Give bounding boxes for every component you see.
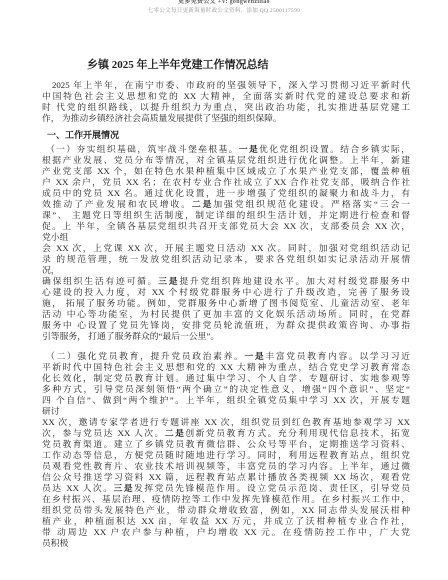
text-run: 研讨 [42, 406, 60, 416]
text-run: 四 个自信”、做到“两个维护”。上半年，组织全镇党员集中学习 XX 次，开展专题 [42, 395, 410, 405]
text-line: 2025 年上半年，在南宁市委、市政府的坚强领导下，深入学习贯彻习近平新时代 [42, 80, 410, 91]
bold-run: 一是 [239, 144, 259, 154]
text-run: 2025 年上半年，在南宁市委、市政府的坚强领导下，深入学习贯彻习近平新时代 [52, 80, 410, 90]
bold-run: 一是 [244, 351, 265, 361]
text-line: 植产业，种植面积达 XX 亩，年收益 XX 万元，并成立了沃柑种植专业合作社， [42, 516, 410, 527]
text-line: 成员中的党员 XX 名。通过优化设置，进一步增强了党组织的凝聚力和战斗力，有 [42, 188, 410, 199]
text-run: 课”、 主题党日等组织生活制度，制定详细的组织生活计划，并定期进行检查和督 [42, 210, 410, 220]
text-run: 加强党组织规范化建设。严格落实“三会一 [213, 199, 410, 209]
text-run: 党小组 [42, 232, 68, 242]
text-line: 在乡村振兴、基层治理、疫情防控等工作中发挥先锋模范作用。在乡村振兴工作中， [42, 494, 410, 505]
paragraph: （二）强化党员教育，提升党员政治素养。一是丰富党员教育内容。以学习习近平新时代中… [42, 351, 410, 549]
text-line: 心建设的投入力度，对 XX 个村级党群服务中心进行了升级改造，完善了服务设 [42, 287, 410, 298]
text-line: 工作动态等信息，方便党员随时随地进行学习。同时，利用远程教育站点，组织党 [42, 450, 410, 461]
text-run: 时 代党的组织路线，以提升组织力为重点，突出政治功能，扎实推进基层党建工 [42, 102, 410, 112]
bold-run: 二是 [165, 428, 186, 438]
text-run: 丰富党员教育内容。以学习习近 [265, 351, 410, 361]
text-line: 施， 拓展了服务功能。例如，党群服务中心新增了图书阅览室、儿童活动室、老年 [42, 298, 410, 309]
text-run: XX 次，邀请专家学者进行专题讲座 XX 次，组织党员到红色教育基地参观学习 X… [42, 417, 410, 427]
text-run: 工作动态等信息，方便党员随时随地进行学习。同时，利用远程教育站点，组织党 [42, 450, 410, 460]
section-heading: 一、工作开展情况 [42, 129, 410, 141]
watermark: 更多免费公文 +V: gongwenziliao 七零公文每日更新海量时政公文资… [0, 0, 448, 16]
text-line: 服务中 心设置了党员先锋岗，安排党员轮流值班，为群众提供政策咨询、办事指 [42, 320, 410, 331]
text-line: 会 XX 次，上党课 XX 次，开展主题党日活动 XX 次。同时，加强对党组织活… [42, 243, 410, 254]
text-run: （一）夯实组织基础，筑牢战斗堡垒根基。 [46, 144, 239, 154]
text-run: 会 XX 次，上党课 XX 次，开展主题党日活动 XX 次。同时，加强对党组织活… [42, 243, 410, 253]
text-line: 组织党员带头发展特色产业，带动群众增收致富，例如，XX 同志带头发展沃柑种 [42, 505, 410, 516]
text-run: 发挥党员先锋模范作用。设立党员示范岗、责任区，引导党员 [134, 483, 410, 493]
text-line: 录 的规范管理，统一发放党组织活动记录本，要求各党组织如实记录活动开展情 [42, 254, 410, 265]
text-run: 信公众号推送学习资料 XX 篇，远程教育站点累计播放各类视频 XX 场次，观看党 [42, 472, 410, 482]
text-run: 员观看党性教育片、农业技术培训视频等，丰富党员的学习内容。上半年，通过微 [42, 461, 410, 471]
text-line: 党小组 [42, 232, 410, 243]
text-run: 产业党支部 XX 个，如在特色水果种植集中区域成立了水果产业党支部，覆盖种植 [42, 166, 410, 176]
text-line: 根据产业发展、党员分布等情况，对全镇基层党组织进行优化调整。上半年，新建 [42, 155, 410, 166]
text-run: 组织党员带头发展特色产业，带动群众增收致富，例如，XX 同志带头发展沃柑种 [42, 505, 410, 515]
text-line: 效推动了产业发展和农民增收。二是加强党组织规范化建设。严格落实“三会一 [42, 199, 410, 210]
text-line: （二）强化党员教育，提升党员政治素养。一是丰富党员教育内容。以学习习近 [42, 351, 410, 362]
text-line: 引等服务， 打通了服务群众的“最后一公里”。 [42, 331, 410, 342]
text-line: 员观看党性教育片、农业技术培训视频等，丰富党员的学习内容。上半年，通过微 [42, 461, 410, 472]
text-run: 引等服务， 打通了服务群众的“最后一公里”。 [42, 331, 219, 341]
text-line: XX 次，邀请专家学者进行专题讲座 XX 次，组织党员到红色教育基地参观学习 X… [42, 417, 410, 428]
text-line: 多种方式，引导党员深刻领悟“两个确立”的决定性意义，增强“四个意识”、坚定“ [42, 384, 410, 395]
text-line: 况， [42, 265, 410, 276]
text-run: 心建设的投入力度，对 XX 个村级党群服务中心进行了升级改造，完善了服务设 [42, 287, 410, 297]
text-line: 促。上 半年，全镇各基层党组织共召开支部党员大会 XX 次，支部委员会 XX 次… [42, 221, 410, 232]
text-line: 作， 为推动乡镇经济社会高质量发展提供了坚强的组织保障。 [42, 113, 410, 124]
text-line: 次，参与党员达 XX 人次。二是创新党员教育方式。充分利用现代信息技术，拓宽 [42, 428, 410, 439]
text-run: 员积极 [42, 538, 68, 548]
text-run: 带 动周边 XX 户农户参与种植，户均增收 XX 元。在疫情防控工作中，广大党 [42, 527, 410, 537]
text-run: 次，参与党员达 XX 人次。 [42, 428, 165, 438]
text-run: 多种方式，引导党员深刻领悟“两个确立”的决定性意义，增强“四个意识”、坚定“ [42, 384, 410, 394]
text-run: 户 XX 余户，党员 XX 名；在农村专业合作社成立了XX 合作社党支部，吸纳合… [42, 177, 410, 187]
watermark-line-1: 更多免费公文 +V: gongwenziliao [0, 0, 448, 7]
text-line: 党员教育渠道。建立了乡镇党员教育微信群、公众号等平台，定期推送学习资料、 [42, 439, 410, 450]
text-line: 产业党支部 XX 个，如在特色水果种植集中区域成立了水果产业党支部，覆盖种植 [42, 166, 410, 177]
text-line: 平新时代中国特色社会主义思想和党的 XX 大精神为重点，结合党史学习教育常态 [42, 362, 410, 373]
text-run: 效推动了产业发展和农民增收。 [42, 199, 192, 209]
text-line: 带 动周边 XX 户农户参与种植，户均增收 XX 元。在疫情防控工作中，广大党 [42, 527, 410, 538]
text-run: 录 的规范管理，统一发放党组织活动记录本，要求各党组织如实记录活动开展情 [42, 254, 410, 264]
text-line: 课”、 主题党日等组织生活制度，制定详细的组织生活计划，并定期进行检查和督 [42, 210, 410, 221]
text-run: 优化党组织设置。结合乡镇实际， [259, 144, 410, 154]
paragraph: （一）夯实组织基础，筑牢战斗堡垒根基。一是优化党组织设置。结合乡镇实际，根据产业… [42, 144, 410, 342]
text-line: 户 XX 余户，党员 XX 名；在农村专业合作社成立了XX 合作社党支部，吸纳合… [42, 177, 410, 188]
text-line: 四 个自信”、做到“两个维护”。上半年，组织全镇党员集中学习 XX 次，开展专题 [42, 395, 410, 406]
text-line: 员达 XX 人次。三是发挥党员先锋模范作用。设立党员示范岗、责任区，引导党员 [42, 483, 410, 494]
text-run: 服务中 心设置了党员先锋岗，安排党员轮流值班，为群众提供政策咨询、办事指 [42, 320, 410, 330]
text-line: 信公众号推送学习资料 XX 篇，远程教育站点累计播放各类视频 XX 场次，观看党 [42, 472, 410, 483]
text-run: 化长效化，制定党员教育计划。通过集中学习、个人自学、专题研讨、实地参观等 [42, 373, 410, 383]
text-line: 员积极 [42, 538, 410, 549]
text-run: 提升党组织阵地建设水平。加大对村级党群服务中 [179, 276, 410, 286]
text-line: 化长效化，制定党员教育计划。通过集中学习、个人自学、专题研讨、实地参观等 [42, 373, 410, 384]
text-run: 况， [42, 265, 60, 275]
text-run: 植产业，种植面积达 XX 亩，年收益 XX 万元，并成立了沃柑种植专业合作社， [42, 516, 410, 526]
text-run: 施， 拓展了服务功能。例如，党群服务中心新增了图书阅览室、儿童活动室、老年 [42, 298, 410, 308]
text-line: 中国特色社会主义思想和党的 XX 大精神，全面落实新时代党的建设总要求和新 [42, 91, 410, 102]
text-run: 活动 中心等功能室，为村民提供了更加丰富的文化娱乐活动场所。同时，在党群 [42, 309, 410, 319]
text-run: 促。上 半年，全镇各基层党组织共召开支部党员大会 XX 次，支部委员会 XX 次… [42, 221, 410, 231]
text-run: （二）强化党员教育，提升党员政治素养。 [46, 351, 244, 361]
bold-run: 三是 [158, 276, 179, 286]
text-run: 确保组织生活有迹可循。 [42, 276, 158, 286]
bold-run: 二是 [192, 199, 213, 209]
text-line: 研讨 [42, 406, 410, 417]
text-run: 创新党员教育方式。充分利用现代信息技术，拓宽 [185, 428, 410, 438]
text-run: 员达 XX 人次。 [42, 483, 113, 493]
text-run: 根据产业发展、党员分布等情况，对全镇基层党组织进行优化调整。上半年，新建 [42, 155, 410, 165]
text-run: 成员中的党员 XX 名。通过优化设置，进一步增强了党组织的凝聚力和战斗力，有 [42, 188, 410, 198]
document-page: 更多免费公文 +V: gongwenziliao 七零公文每日更新海量时政公文资… [0, 0, 448, 580]
bold-run: 三是 [113, 483, 134, 493]
document-content: 乡镇 2025 年上半年党建工作情况总结 2025 年上半年，在南宁市委、市政府… [42, 16, 410, 549]
text-line: （一）夯实组织基础，筑牢战斗堡垒根基。一是优化党组织设置。结合乡镇实际， [42, 144, 410, 155]
text-line: 活动 中心等功能室，为村民提供了更加丰富的文化娱乐活动场所。同时，在党群 [42, 309, 410, 320]
text-run: 中国特色社会主义思想和党的 XX 大精神，全面落实新时代党的建设总要求和新 [42, 91, 410, 101]
watermark-line-2: 七零公文每日更新海量时政公文资料，添加 QQ 2500117599 [0, 7, 448, 16]
document-title: 乡镇 2025 年上半年党建工作情况总结 [87, 58, 410, 72]
text-run: 平新时代中国特色社会主义思想和党的 XX 大精神为重点，结合党史学习教育常态 [42, 362, 410, 372]
paragraph: 2025 年上半年，在南宁市委、市政府的坚强领导下，深入学习贯彻习近平新时代中国… [42, 80, 410, 124]
text-line: 确保组织生活有迹可循。三是提升党组织阵地建设水平。加大对村级党群服务中 [42, 276, 410, 287]
text-line: 时 代党的组织路线，以提升组织力为重点，突出政治功能，扎实推进基层党建工 [42, 102, 410, 113]
text-run: 在乡村振兴、基层治理、疫情防控等工作中发挥先锋模范作用。在乡村振兴工作中， [42, 494, 410, 504]
text-run: 党员教育渠道。建立了乡镇党员教育微信群、公众号等平台，定期推送学习资料、 [42, 439, 410, 449]
text-run: 作， 为推动乡镇经济社会高质量发展提供了坚强的组织保障。 [42, 113, 282, 123]
document-body: 2025 年上半年，在南宁市委、市政府的坚强领导下，深入学习贯彻习近平新时代中国… [42, 80, 410, 549]
